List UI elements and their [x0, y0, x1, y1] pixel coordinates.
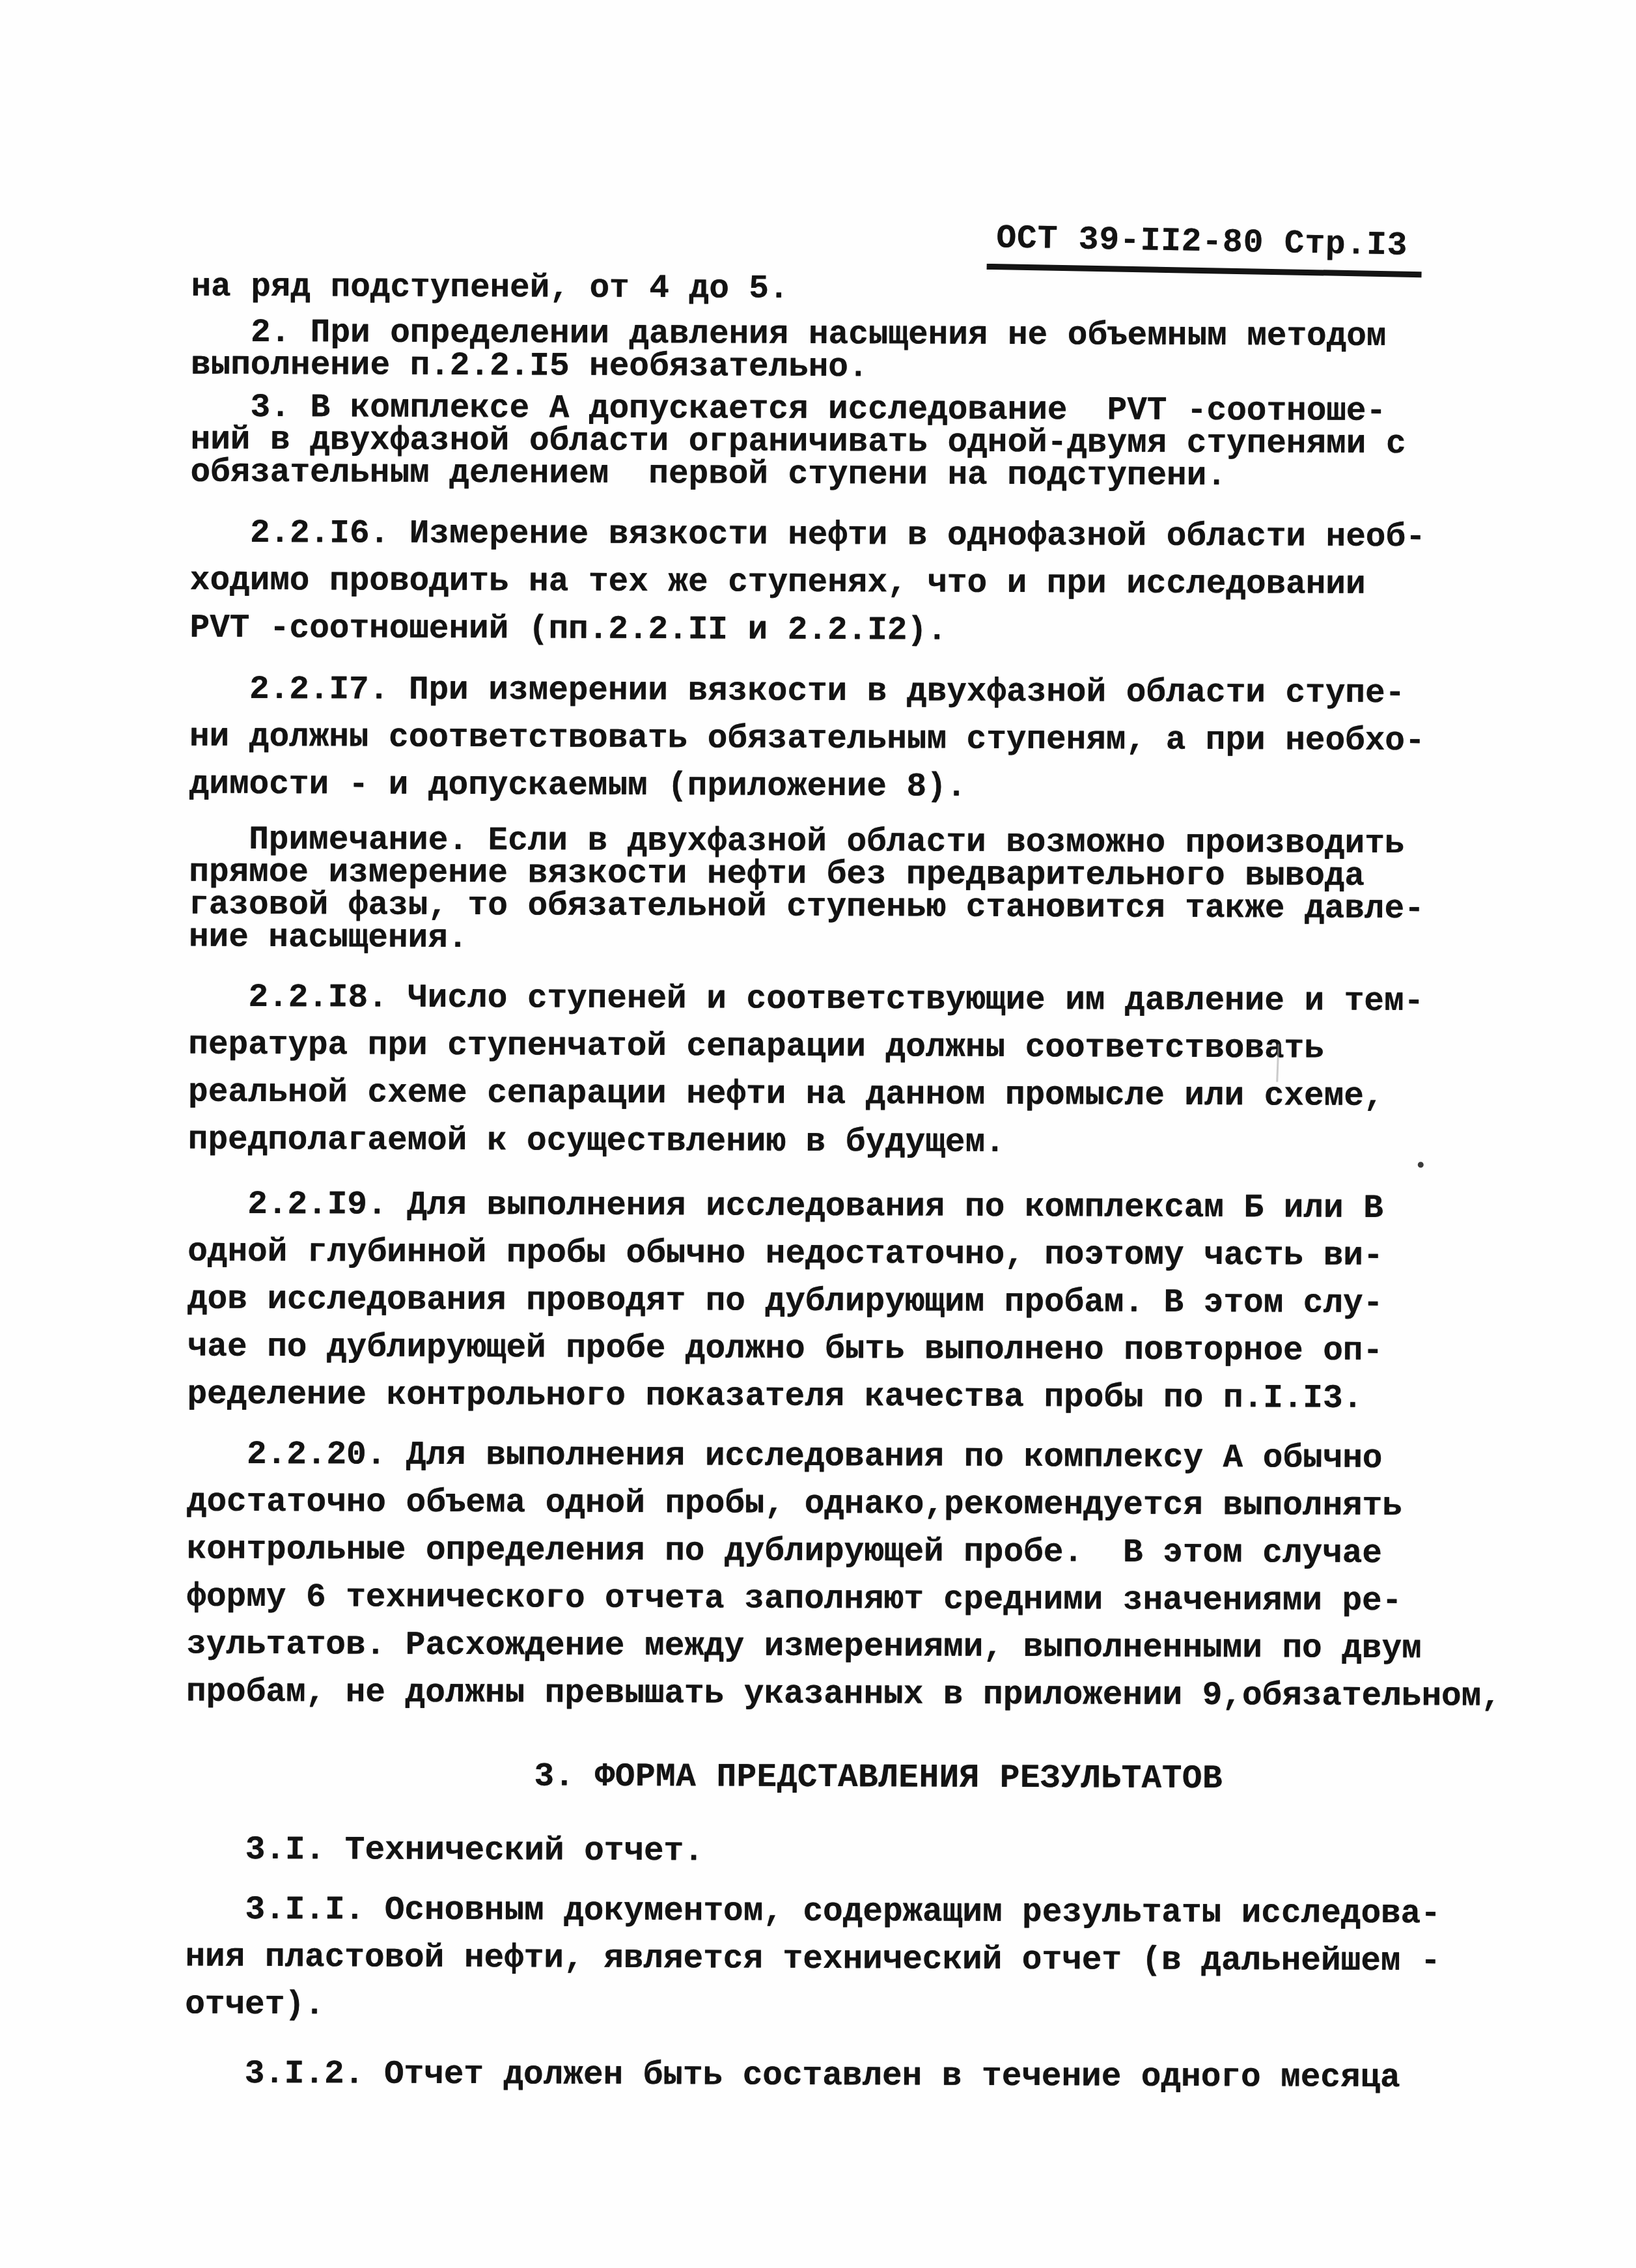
text-line: дов исследования проводят по дублирующим…: [187, 1276, 1555, 1328]
text-line: реальной схеме сепарации нефти на данном…: [188, 1069, 1555, 1121]
paragraph-clause-2-2-19: 2.2.I9. Для выполнения исследования по к…: [187, 1181, 1555, 1423]
text-line: 3.I. Технический отчет.: [186, 1831, 1553, 1875]
text-line: димости - и допускаемым (приложение 8).: [189, 761, 1557, 813]
scan-artifact-dot: [1418, 1162, 1424, 1168]
paragraph-note: Примечание. Если в двухфазной области во…: [189, 824, 1557, 959]
text-line: пробам, не должны превышать указанных в …: [186, 1669, 1553, 1721]
text-line: ределение контрольного показателя качест…: [187, 1371, 1554, 1423]
text-line: ходимо проводить на тех же ступенях, что…: [190, 557, 1557, 609]
paragraph-note-3: 3. В комплексе А допускается исследовани…: [190, 392, 1558, 494]
text-line: 2.2.I6. Измерение вязкости нефти в одноф…: [190, 510, 1557, 562]
text-line: достаточно объема одной пробы, однако,ре…: [187, 1479, 1554, 1531]
text-line: одной глубинной пробы обычно недостаточн…: [187, 1229, 1555, 1281]
text-line: ни должны соответствовать обязательным с…: [189, 714, 1557, 766]
text-line: 2.2.I7. При измерении вязкости в двухфаз…: [189, 666, 1557, 718]
document-page: ОСТ 39-II2-80 Стр.I3 на ряд подступеней,…: [0, 0, 1636, 2268]
paragraph-clause-3-1-1: 3.I.I. Основным документом, содержащим р…: [185, 1886, 1553, 2034]
text-line: на ряд подступеней, от 4 до 5.: [191, 272, 1558, 309]
paragraph-clause-3-1-2: 3.I.2. Отчет должен быть составлен в теч…: [185, 2055, 1552, 2099]
paragraph-clause-2-2-16: 2.2.I6. Измерение вязкости нефти в одноф…: [190, 510, 1558, 657]
text-line: 3.I.I. Основным документом, содержащим р…: [186, 1886, 1553, 1939]
paragraph-clause-2-2-17: 2.2.I7. При измерении вязкости в двухфаз…: [189, 666, 1557, 813]
text-line: PVT -соотношений (пп.2.2.II и 2.2.I2).: [190, 605, 1557, 657]
paragraph-note-2: 2. При определении давления насыщения не…: [191, 317, 1558, 387]
text-line: форму 6 технического отчета заполняют ср…: [186, 1574, 1553, 1626]
scanned-text-block: ОСТ 39-II2-80 Стр.I3 на ряд подступеней,…: [0, 0, 1636, 2268]
text-line: ния пластовой нефти, является технически…: [185, 1934, 1552, 1986]
text-line: контрольные определения по дублирующей п…: [187, 1526, 1554, 1578]
text-line: 3.I.2. Отчет должен быть составлен в теч…: [185, 2055, 1552, 2099]
text-line: отчет).: [185, 1981, 1552, 2034]
section-heading-text: 3. ФОРМА ПРЕДСТАВЛЕНИЯ РЕЗУЛЬТАТОВ: [534, 1757, 1445, 1800]
page-header: ОСТ 39-II2-80 Стр.I3: [987, 220, 1422, 277]
paragraph-clause-3-1: 3.I. Технический отчет.: [186, 1831, 1553, 1875]
text-line: зультатов. Расхождение между измерениями…: [186, 1621, 1553, 1673]
paragraph-clause-2-2-18: 2.2.I8. Число ступеней и соответствующие…: [188, 974, 1556, 1169]
text-line: 2.2.I8. Число ступеней и соответствующие…: [189, 974, 1556, 1026]
text-line: 2.2.20. Для выполнения исследования по к…: [187, 1431, 1554, 1483]
section-heading: 3. ФОРМА ПРЕДСТАВЛЕНИЯ РЕЗУЛЬТАТОВ: [534, 1757, 1445, 1800]
text-line: 2.2.I9. Для выполнения исследования по к…: [187, 1181, 1555, 1233]
paragraph-continuation: на ряд подступеней, от 4 до 5.: [191, 272, 1558, 309]
paragraph-clause-2-2-20: 2.2.20. Для выполнения исследования по к…: [186, 1431, 1555, 1721]
text-line: чае по дублирующей пробе должно быть вып…: [187, 1324, 1555, 1376]
text-line: предполагаемой к осуществлению в будущем…: [188, 1117, 1555, 1169]
text-line: пература при ступенчатой сепарации должн…: [188, 1022, 1555, 1074]
